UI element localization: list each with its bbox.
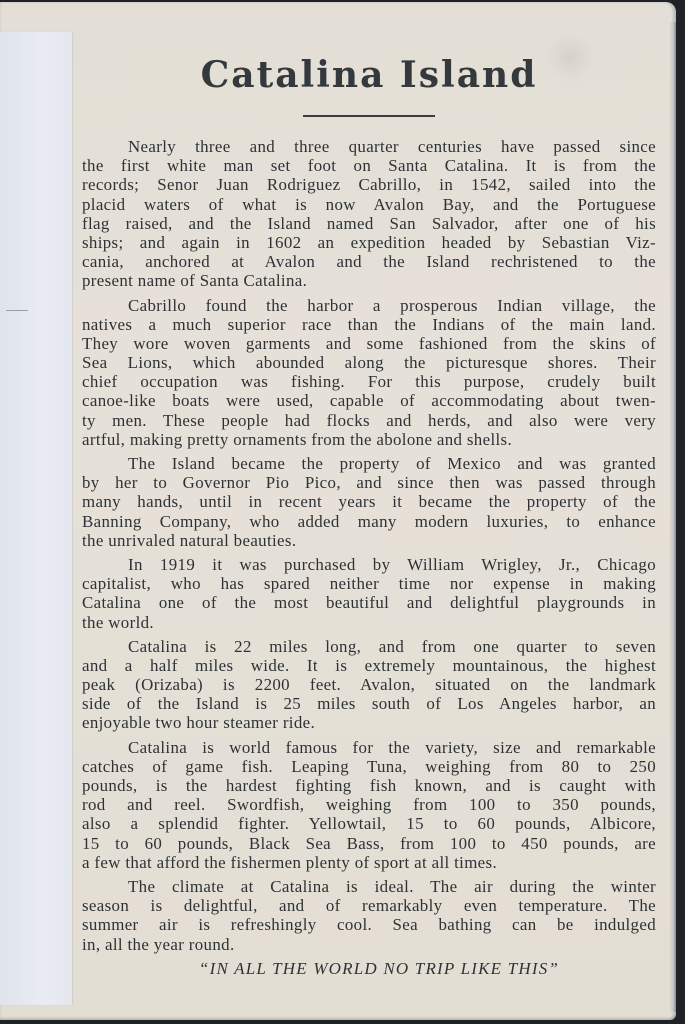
paragraph-wrigley: In 1919 it was purchased by William Wrig…: [82, 555, 656, 632]
text-line: Catalina is world famous for the variety…: [82, 738, 656, 757]
text-line: Banning Company, who added many modern l…: [82, 512, 656, 531]
mount-paper-strip: [0, 32, 72, 1005]
text-line: Catalina is 22 miles long, and from one …: [82, 637, 656, 656]
paragraph-geography: Catalina is 22 miles long, and from one …: [82, 637, 656, 733]
text-line: summer air is refreshingly cool. Sea bat…: [82, 915, 656, 934]
text-line: ty men. These people had flocks and herd…: [82, 411, 656, 430]
document-page: Catalina Island Nearly three and three q…: [0, 2, 676, 1020]
text-line: in, all the year round.: [82, 935, 656, 954]
text-line: the first white man set foot on Santa Ca…: [82, 156, 656, 175]
text-line: chief occupation was fishing. For this p…: [82, 372, 656, 391]
text-line: rod and reel. Swordfish, weighing from 1…: [82, 795, 656, 814]
closing-motto: “IN ALL THE WORLD NO TRIP LIKE THIS”: [82, 959, 656, 979]
paragraph-climate: The climate at Catalina is ideal. The ai…: [82, 877, 656, 954]
text-line: season is delightful, and of remarkably …: [82, 896, 656, 915]
text-line: many hands, until in recent years it bec…: [82, 492, 656, 511]
text-line: The climate at Catalina is ideal. The ai…: [82, 877, 656, 896]
text-line: side of the Island is 25 miles south of …: [82, 694, 656, 713]
text-line: ships; and again in 1602 an expedition h…: [82, 233, 656, 252]
text-line: flag raised, and the Island named San Sa…: [82, 214, 656, 233]
text-line: enjoyable two hour steamer ride.: [82, 713, 656, 732]
paragraph-fishing: Catalina is world famous for the variety…: [82, 738, 656, 872]
scan-background: Catalina Island Nearly three and three q…: [0, 0, 685, 1024]
text-line: pounds, is the hardest fighting fish kno…: [82, 776, 656, 795]
text-line: the unrivaled natural beauties.: [82, 531, 656, 550]
text-line: the world.: [82, 613, 656, 632]
text-line: also a splendid fighter. Yellowtail, 15 …: [82, 814, 656, 833]
text-line: records; Senor Juan Rodriguez Cabrillo, …: [82, 175, 656, 194]
title-divider: [303, 115, 435, 117]
text-line: natives a much superior race than the In…: [82, 315, 656, 334]
text-line: catches of game fish. Leaping Tuna, weig…: [82, 757, 656, 776]
paragraph-ownership: The Island became the property of Mexico…: [82, 454, 656, 550]
text-line: The Island became the property of Mexico…: [82, 454, 656, 473]
text-line: canoe-like boats were used, capable of a…: [82, 391, 656, 410]
pencil-mark: [6, 310, 28, 311]
article: Catalina Island Nearly three and three q…: [82, 47, 656, 979]
text-line: Cabrillo found the harbor a prosperous I…: [82, 296, 656, 315]
paragraph-history: Nearly three and three quarter centuries…: [82, 137, 656, 291]
paragraph-natives: Cabrillo found the harbor a prosperous I…: [82, 296, 656, 450]
text-line: Catalina one of the most beautiful and d…: [82, 593, 656, 612]
text-line: 15 to 60 pounds, Black Sea Bass, from 10…: [82, 834, 656, 853]
text-line: and a half miles wide. It is extremely m…: [82, 656, 656, 675]
page-title: Catalina Island: [82, 53, 656, 97]
text-line: They wore woven garments and some fashio…: [82, 334, 656, 353]
text-line: In 1919 it was purchased by William Wrig…: [82, 555, 656, 574]
text-line: Nearly three and three quarter centuries…: [82, 137, 656, 156]
text-line: placid waters of what is now Avalon Bay,…: [82, 195, 656, 214]
text-line: cania, anchored at Avalon and the Island…: [82, 252, 656, 271]
text-line: by her to Governor Pio Pico, and since t…: [82, 473, 656, 492]
text-line: Sea Lions, which abounded along the pict…: [82, 353, 656, 372]
text-line: a few that afford the fishermen plenty o…: [82, 853, 656, 872]
text-line: artful, making pretty ornaments from the…: [82, 430, 656, 449]
text-line: capitalist, who has spared neither time …: [82, 574, 656, 593]
text-line: present name of Santa Catalina.: [82, 271, 656, 290]
text-line: peak (Orizaba) is 2200 feet. Avalon, sit…: [82, 675, 656, 694]
page-worn-edge: [670, 22, 676, 1012]
